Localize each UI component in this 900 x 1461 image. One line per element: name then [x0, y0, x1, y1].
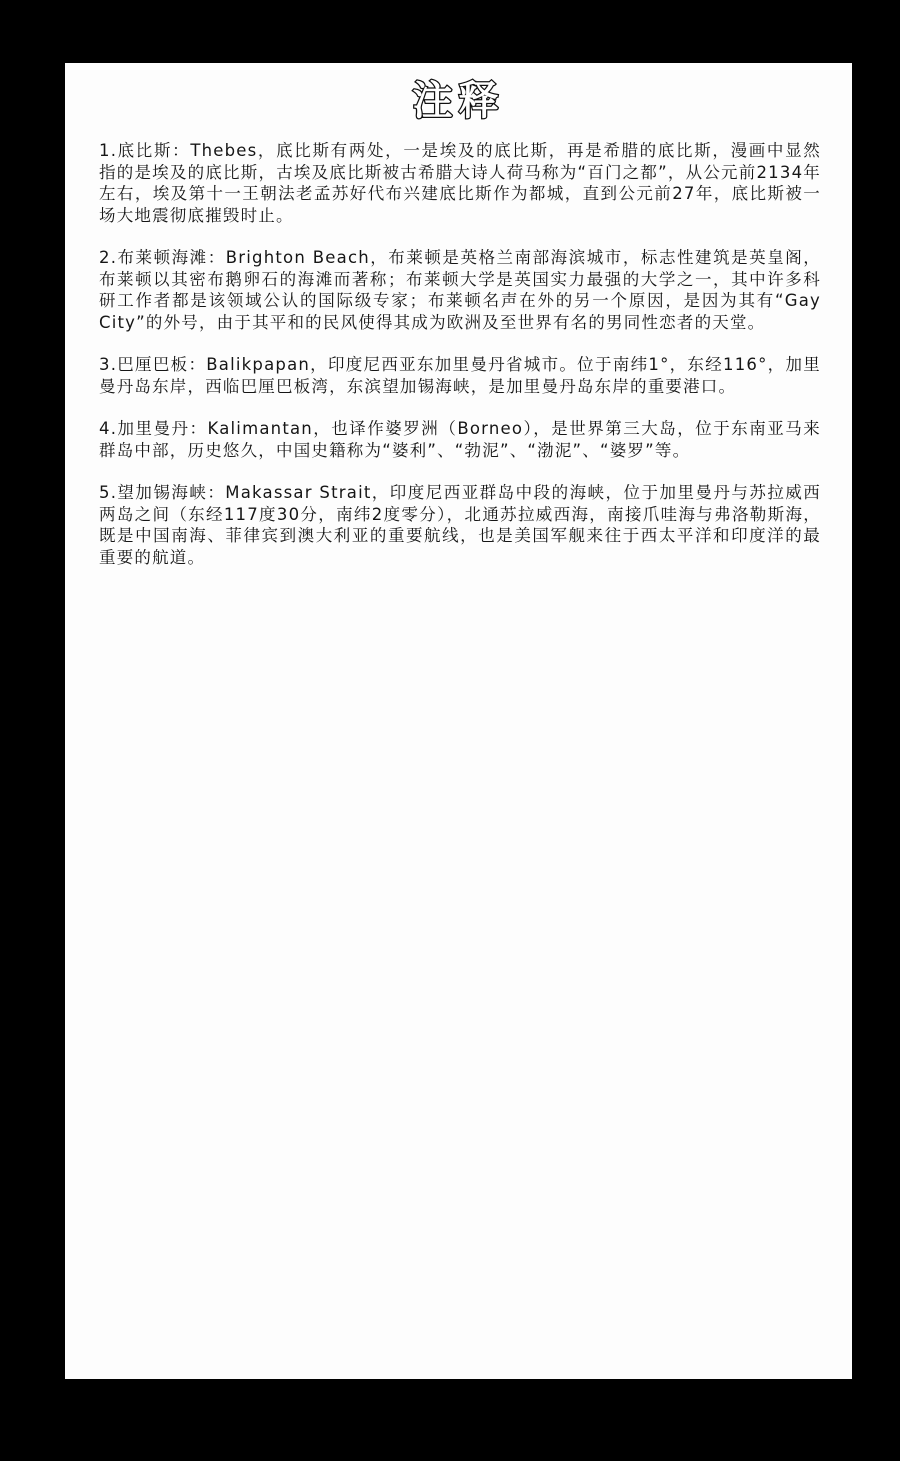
note-balikpapan: 3.巴厘巴板：Balikpapan，印度尼西亚东加里曼丹省城市。位于南纬1°，东…	[99, 354, 821, 397]
title-container: 注释	[65, 75, 852, 127]
note-kalimantan: 4.加里曼丹：Kalimantan，也译作婆罗洲（Borneo），是世界第三大岛…	[99, 418, 821, 461]
annotation-page: 注释 1.底比斯：Thebes，底比斯有两处，一是埃及的底比斯，再是希腊的底比斯…	[65, 63, 852, 1379]
note-makassar-strait: 5.望加锡海峡：Makassar Strait，印度尼西亚群岛中段的海峡，位于加…	[99, 482, 821, 568]
note-brighton-beach: 2.布莱顿海滩：Brighton Beach，布莱顿是英格兰南部海滨城市，标志性…	[99, 247, 821, 333]
note-thebes: 1.底比斯：Thebes，底比斯有两处，一是埃及的底比斯，再是希腊的底比斯，漫画…	[99, 140, 821, 226]
notes-list: 1.底比斯：Thebes，底比斯有两处，一是埃及的底比斯，再是希腊的底比斯，漫画…	[99, 140, 821, 589]
page-title: 注释	[413, 75, 505, 127]
